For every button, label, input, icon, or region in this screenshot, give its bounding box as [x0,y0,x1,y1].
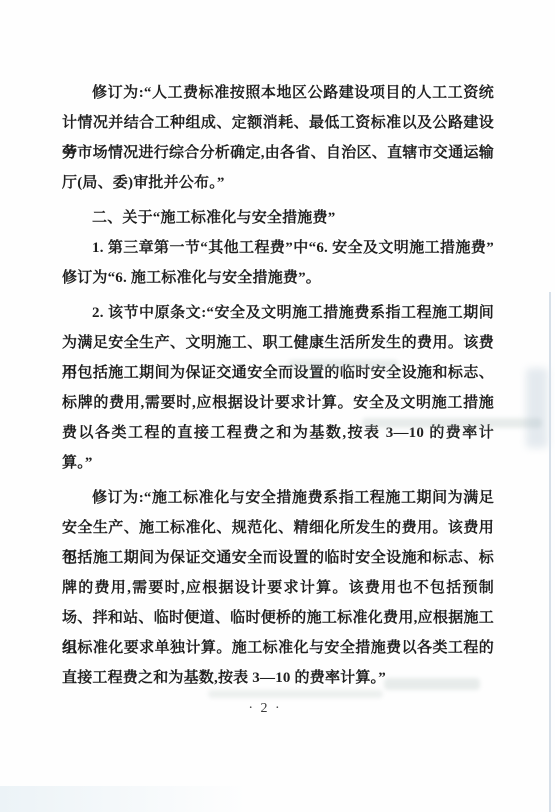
bleed-through-mark [362,418,542,428]
text-line: 修订为:“施工标准化与安全措施费系指工程施工期间为满足 [62,483,494,513]
text-line: 计情况并结合工种组成、定额消耗、最低工资标准以及公路建设劳 [62,108,494,138]
document-text: 修订为:“人工费标准按照本地区公路建设项目的人工工资统 计情况并结合工种组成、定… [62,78,494,693]
text-line: 修订为“6. 施工标准化与安全措施费”。 [62,263,494,293]
bleed-through-mark [208,690,383,698]
text-line: 不包括施工期间为保证交通安全而设置的临时安全设施和标志、 [62,358,494,388]
text-line: 为满足安全生产、文明施工、职工健康生活所发生的费用。该费用 [62,328,494,358]
text-line: 安全生产、施工标准化、规范化、精细化所发生的费用。该费用不 [62,513,494,543]
scanned-document-page: 修订为:“人工费标准按照本地区公路建设项目的人工工资统 计情况并结合工种组成、定… [0,0,555,812]
text-line: 厅(局、委)审批并公布。” [62,168,494,198]
text-line: 包括施工期间为保证交通安全而设置的临时安全设施和标志、标 [62,543,494,573]
scan-shadow [0,786,250,812]
bleed-through-mark [384,678,480,690]
bleed-through-mark [288,360,398,369]
text-line: 2. 该节中原条文:“安全及文明施工措施费系指工程施工期间 [62,298,494,328]
text-line: 标牌的费用,需要时,应根据设计要求计算。安全及文明施工措施 [62,388,494,418]
text-line: 场、拌和站、临时便道、临时便桥的施工标准化费用,应根据施工组 [62,603,494,633]
text-line: 织标准化要求单独计算。施工标准化与安全措施费以各类工程的 [62,633,494,663]
text-line: 修订为:“人工费标准按照本地区公路建设项目的人工工资统 [62,78,494,108]
page-edge-line [549,292,551,812]
text-line: 务市场情况进行综合分析确定,由各省、自治区、直辖市交通运输 [62,138,494,168]
page-number: · 2 · [62,701,468,717]
bleed-through-mark [526,368,548,448]
text-line: 算。” [62,448,494,478]
text-line: 牌的费用,需要时,应根据设计要求计算。该费用也不包括预制 [62,573,494,603]
section-heading: 二、关于“施工标准化与安全措施费” [62,203,494,233]
text-line: 1. 第三章第一节“其他工程费”中“6. 安全及文明施工措施费” [62,233,494,263]
